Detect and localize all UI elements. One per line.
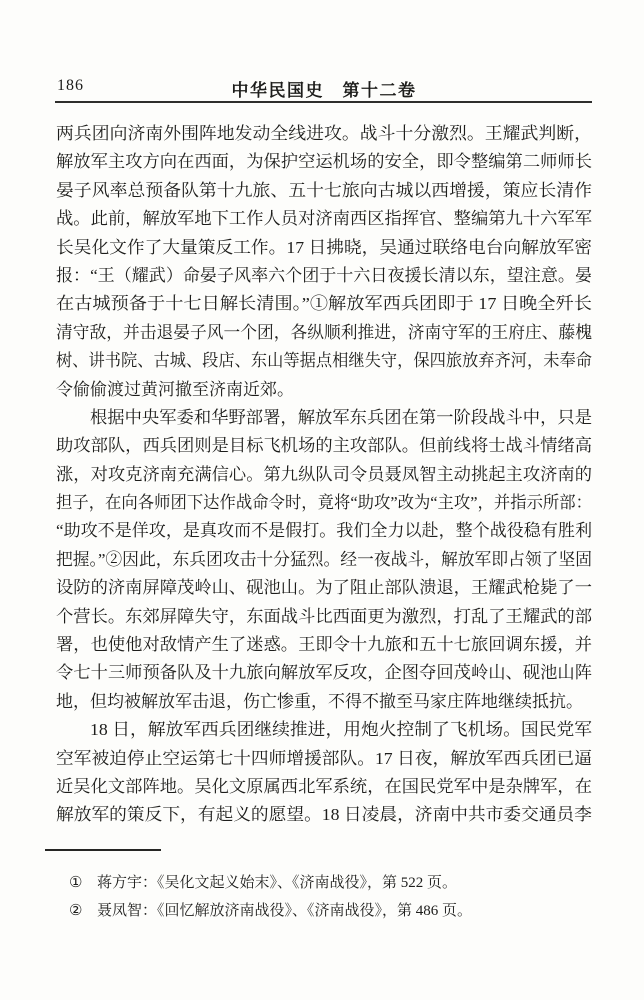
text-line: 令七十三师预备队及十九旅向解放军反攻，企图夺回茂岭山、砚池山阵 [56,659,592,687]
text-line: “助攻不是佯攻，是真攻而不是假打。我们全力以赴，整个战役稳有胜利 [56,517,592,545]
text-line-content: 担子，在向各师团下达作战命令时，竟将“助攻”改为“主攻”，并指示所部： [56,489,592,517]
text-line: 树、讲书院、古城、段店、东山等据点相继失守，保四旅放弃齐河，未奉命 [56,347,592,375]
text-line: 涨，对攻克济南充满信心。第九纵队司令员聂凤智主动挑起主攻济南的 [56,461,592,489]
text-line: 战。此前，解放军地下工作人员对济南西区指挥官、整编第九十六军军 [56,205,592,233]
footnote-item: ①蒋方宇：《吴化文起义始末》、《济南战役》，第 522 页。 [56,869,592,897]
text-line-content: 令七十三师预备队及十九旅向解放军反攻，企图夺回茂岭山、砚池山阵 [56,659,592,687]
text-line: 解放军的策反下，有起义的愿望。18 日凌晨，济南中共市委交通员李 [56,801,592,829]
text-line-content: 报：“王（耀武）命晏子风率六个团于十六日夜援长清以东，望注意。晏 [56,262,592,290]
text-line: 令偷偷渡过黄河撤至济南近郊。 [56,376,592,404]
text-line-content: 树、讲书院、古城、段店、东山等据点相继失守，保四旅放弃齐河，未奉命 [56,347,592,375]
text-line-content: 解放军主攻方向在西面，为保护空运机场的安全，即令整编第二师师长 [56,148,592,176]
footnotes: ①蒋方宇：《吴化文起义始末》、《济南战役》，第 522 页。②聂凤智：《回忆解放… [56,869,592,925]
footnote-text: 聂凤智：《回忆解放济南战役》、《济南战役》，第 486 页。 [97,897,472,925]
text-line-content: 晏子风率总预备队第十九旅、五十七旅向古城以西增援，策应长清作 [56,177,592,205]
text-line-content: 根据中央军委和华野部署，解放军东兵团在第一阶段战斗中，只是 [90,404,592,432]
text-line: 近吴化文部阵地。吴化文原属西北军系统，在国民党军中是杂牌军，在 [56,773,592,801]
text-line-content: 空军被迫停止空运第七十四师增援部队。17 日夜，解放军西兵团已逼 [56,745,592,773]
text-line-content: 近吴化文部阵地。吴化文原属西北军系统，在国民党军中是杂牌军，在 [56,773,592,801]
text-line: 根据中央军委和华野部署，解放军东兵团在第一阶段战斗中，只是 [56,404,592,432]
text-line: 助攻部队，西兵团则是目标飞机场的主攻部队。但前线将士战斗情绪高 [56,432,592,460]
text-line: 晏子风率总预备队第十九旅、五十七旅向古城以西增援，策应长清作 [56,177,592,205]
text-line: 个营长。东郊屏障失守，东面战斗比西面更为激烈，打乱了王耀武的部 [56,603,592,631]
book-page: 186 中华民国史 第十二卷 两兵团向济南外围阵地发动全线进攻。战斗十分激烈。王… [0,0,644,1000]
text-line-content: 清守敌，并击退晏子风一个团，各纵顺利推进，济南守军的王府庄、藤槐 [56,319,592,347]
text-line-content: 令偷偷渡过黄河撤至济南近郊。 [56,376,294,404]
text-line-content: 把握。”②因此，东兵团攻击十分猛烈。经一夜战斗，解放军即占领了坚固 [56,546,592,574]
text-line: 清守敌，并击退晏子风一个团，各纵顺利推进，济南守军的王府庄、藤槐 [56,319,592,347]
body-text: 两兵团向济南外围阵地发动全线进攻。战斗十分激烈。王耀武判断，解放军主攻方向在西面… [56,120,592,830]
text-line-content: 设防的济南屏障茂岭山、砚池山。为了阻止部队溃退，王耀武枪毙了一 [56,574,592,602]
footnote-marker: ① [69,869,87,897]
text-line: 两兵团向济南外围阵地发动全线进攻。战斗十分激烈。王耀武判断， [56,120,592,148]
text-line-content: 地，但均被解放军击退，伤亡惨重，不得不撤至马家庄阵地继续抵抗。 [56,688,583,716]
text-line-content: 两兵团向济南外围阵地发动全线进攻。战斗十分激烈。王耀武判断， [56,120,592,148]
footnote-marker: ② [69,897,87,925]
footnote-item: ②聂凤智：《回忆解放济南战役》、《济南战役》，第 486 页。 [56,897,592,925]
footnote-separator [45,849,161,851]
text-line-content: 涨，对攻克济南充满信心。第九纵队司令员聂凤智主动挑起主攻济南的 [56,461,592,489]
footnote-text: 蒋方宇：《吴化文起义始末》、《济南战役》，第 522 页。 [97,869,457,897]
text-line: 解放军主攻方向在西面，为保护空运机场的安全，即令整编第二师师长 [56,148,592,176]
text-line: 报：“王（耀武）命晏子风率六个团于十六日夜援长清以东，望注意。晏 [56,262,592,290]
text-line: 空军被迫停止空运第七十四师增援部队。17 日夜，解放军西兵团已逼 [56,745,592,773]
text-line-content: 在古城预备于十七日解长清围。”①解放军西兵团即于 17 日晚全歼长 [56,290,592,318]
text-line: 地，但均被解放军击退，伤亡惨重，不得不撤至马家庄阵地继续抵抗。 [56,688,592,716]
text-line-content: 署，也使他对敌情产生了迷惑。王即令十九旅和五十七旅回调东援，并 [56,631,592,659]
text-line: 长吴化文作了大量策反工作。17 日拂晓，吴通过联络电台向解放军密 [56,234,592,262]
text-line-content: 解放军的策反下，有起义的愿望。18 日凌晨，济南中共市委交通员李 [56,801,592,829]
text-line-content: 个营长。东郊屏障失守，东面战斗比西面更为激烈，打乱了王耀武的部 [56,603,592,631]
text-line-content: 战。此前，解放军地下工作人员对济南西区指挥官、整编第九十六军军 [56,205,592,233]
header-rule [55,101,592,103]
text-line-content: “助攻不是佯攻，是真攻而不是假打。我们全力以赴，整个战役稳有胜利 [56,517,592,545]
text-line-content: 长吴化文作了大量策反工作。17 日拂晓，吴通过联络电台向解放军密 [56,234,592,262]
text-line: 18 日，解放军西兵团继续推进，用炮火控制了飞机场。国民党军 [56,716,592,744]
text-line: 设防的济南屏障茂岭山、砚池山。为了阻止部队溃退，王耀武枪毙了一 [56,574,592,602]
running-head-title: 中华民国史 第十二卷 [56,76,592,101]
text-line: 在古城预备于十七日解长清围。”①解放军西兵团即于 17 日晚全歼长 [56,290,592,318]
text-line: 担子，在向各师团下达作战命令时，竟将“助攻”改为“主攻”，并指示所部： [56,489,592,517]
text-line-content: 助攻部队，西兵团则是目标飞机场的主攻部队。但前线将士战斗情绪高 [56,432,592,460]
text-line: 把握。”②因此，东兵团攻击十分猛烈。经一夜战斗，解放军即占领了坚固 [56,546,592,574]
text-line-content: 18 日，解放军西兵团继续推进，用炮火控制了飞机场。国民党军 [90,716,592,744]
text-line: 署，也使他对敌情产生了迷惑。王即令十九旅和五十七旅回调东援，并 [56,631,592,659]
